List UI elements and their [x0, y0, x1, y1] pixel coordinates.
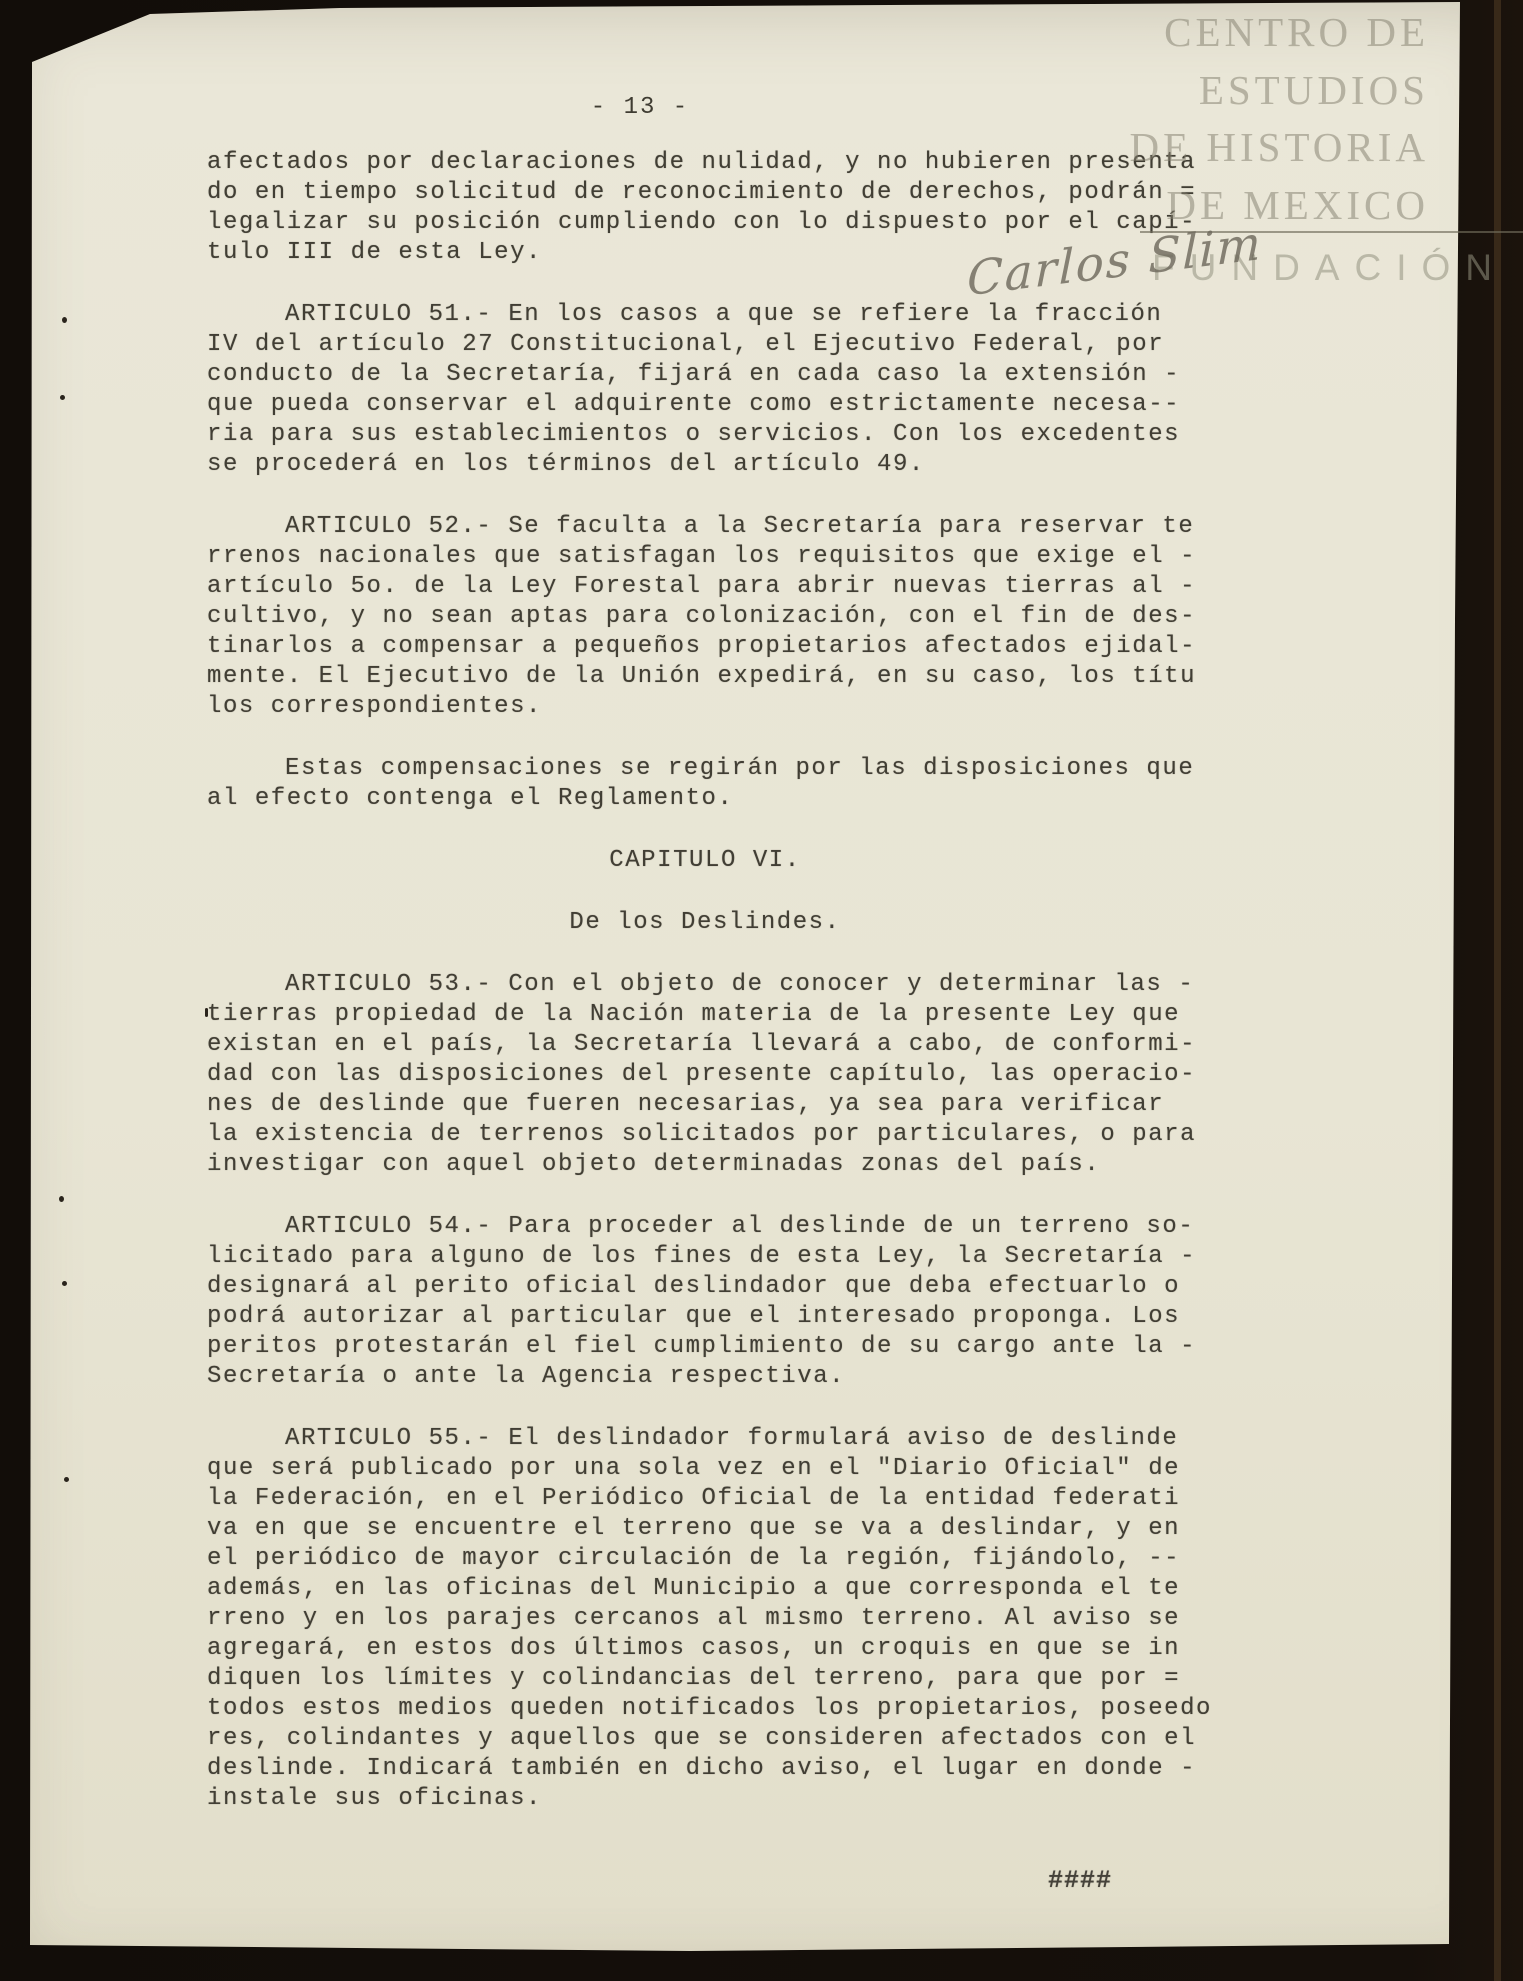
text-line: nes de deslinde que fueren necesarias, y…	[207, 1090, 1203, 1120]
text-line: se procederá en los términos del artícul…	[207, 450, 1203, 480]
text-line: ria para sus establecimientos o servicio…	[207, 420, 1203, 450]
text-line: mente. El Ejecutivo de la Unión expedirá…	[207, 662, 1203, 692]
text-line: Secretaría o ante la Agencia respectiva.	[207, 1362, 1203, 1392]
text-line: tinarlos a compensar a pequeños propieta…	[207, 632, 1203, 662]
text-line: además, en las oficinas del Municipio a …	[207, 1574, 1203, 1604]
paragraph: ARTICULO 54.- Para proceder al deslinde …	[207, 1212, 1203, 1392]
text-line: diquen los límites y colindancias del te…	[207, 1664, 1203, 1694]
text-line: todos estos medios queden notificados lo…	[207, 1694, 1203, 1724]
text-line: designará al perito oficial deslindador …	[207, 1272, 1203, 1302]
page-number: - 13 -	[520, 94, 760, 121]
paragraph: ARTICULO 53.- Con el objeto de conocer y…	[207, 970, 1203, 1180]
text-line: ARTICULO 51.- En los casos a que se refi…	[207, 300, 1203, 330]
text-line: tulo III de esta Ley.	[207, 238, 1203, 268]
scan-speck	[205, 1008, 208, 1017]
scan-speck	[60, 395, 65, 400]
text-line: agregará, en estos dos últimos casos, un…	[207, 1634, 1203, 1664]
scan-speck	[62, 317, 67, 323]
paragraph: ARTICULO 51.- En los casos a que se refi…	[207, 300, 1203, 480]
text-line: Estas compensaciones se regirán por las …	[207, 754, 1203, 784]
text-line: ARTICULO 53.- Con el objeto de conocer y…	[207, 970, 1203, 1000]
text-line: cultivo, y no sean aptas para colonizaci…	[207, 602, 1203, 632]
text-line: licitado para alguno de los fines de est…	[207, 1242, 1203, 1272]
text-line: los correspondientes.	[207, 692, 1203, 722]
text-line: peritos protestarán el fiel cumplimiento…	[207, 1332, 1203, 1362]
text-line: ARTICULO 52.- Se faculta a la Secretaría…	[207, 512, 1203, 542]
scan-speck	[59, 1196, 64, 1202]
text-line: podrá autorizar al particular que el int…	[207, 1302, 1203, 1332]
text-line: rrenos nacionales que satisfagan los req…	[207, 542, 1203, 572]
text-line: ARTICULO 54.- Para proceder al deslinde …	[207, 1212, 1203, 1242]
text-line: De los Deslindes.	[207, 908, 1203, 938]
section-heading: De los Deslindes.	[207, 908, 1203, 938]
text-line: la existencia de terrenos solicitados po…	[207, 1120, 1203, 1150]
text-line: que pueda conservar el adquirente como e…	[207, 390, 1203, 420]
text-line: CAPITULO VI.	[207, 846, 1203, 876]
paragraph: ARTICULO 55.- El deslindador formulará a…	[207, 1424, 1203, 1814]
paragraph: ARTICULO 52.- Se faculta a la Secretaría…	[207, 512, 1203, 722]
text-line: que será publicado por una sola vez en e…	[207, 1454, 1203, 1484]
text-line: al efecto contenga el Reglamento.	[207, 784, 1203, 814]
paper-sheet: - 13 - afectados por declaraciones de nu…	[0, 0, 1523, 1981]
document-body: afectados por declaraciones de nulidad, …	[207, 148, 1203, 1846]
text-line: la Federación, en el Periódico Oficial d…	[207, 1484, 1203, 1514]
scan-speck	[64, 1477, 69, 1482]
text-line: conducto de la Secretaría, fijará en cad…	[207, 360, 1203, 390]
paragraph: Estas compensaciones se regirán por las …	[207, 754, 1203, 814]
paragraph: afectados por declaraciones de nulidad, …	[207, 148, 1203, 268]
adjacent-page-edge	[1494, 0, 1501, 1981]
text-line: res, colindantes y aquellos que se consi…	[207, 1724, 1203, 1754]
text-line: legalizar su posición cumpliendo con lo …	[207, 208, 1203, 238]
scanned-document-page: - 13 - afectados por declaraciones de nu…	[0, 0, 1523, 1981]
text-line: investigar con aquel objeto determinadas…	[207, 1150, 1203, 1180]
text-line: tierras propiedad de la Nación materia d…	[207, 1000, 1203, 1030]
scan-speck	[62, 1281, 67, 1286]
text-line: deslinde. Indicará también en dicho avis…	[207, 1754, 1203, 1784]
text-line: artículo 5o. de la Ley Forestal para abr…	[207, 572, 1203, 602]
text-line: rreno y en los parajes cercanos al mismo…	[207, 1604, 1203, 1634]
end-of-text-marker: ####	[1048, 1866, 1112, 1895]
text-line: va en que se encuentre el terreno que se…	[207, 1514, 1203, 1544]
text-line: dad con las disposiciones del presente c…	[207, 1060, 1203, 1090]
section-heading: CAPITULO VI.	[207, 846, 1203, 876]
text-line: IV del artículo 27 Constitucional, el Ej…	[207, 330, 1203, 360]
text-line: ARTICULO 55.- El deslindador formulará a…	[207, 1424, 1203, 1454]
text-line: instale sus oficinas.	[207, 1784, 1203, 1814]
text-line: do en tiempo solicitud de reconocimiento…	[207, 178, 1203, 208]
text-line: afectados por declaraciones de nulidad, …	[207, 148, 1203, 178]
text-line: existan en el país, la Secretaría llevar…	[207, 1030, 1203, 1060]
text-line: el periódico de mayor circulación de la …	[207, 1544, 1203, 1574]
